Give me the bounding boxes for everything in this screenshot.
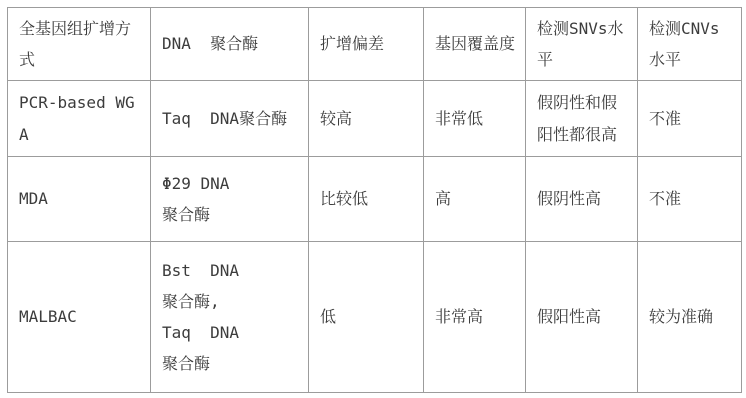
cell-malbac-snv: 假阳性高: [526, 242, 638, 393]
cell-pcr-method: PCR-based WGA: [8, 81, 151, 157]
table-row-mda: MDA Φ29 DNA 聚合酶 比较低 高 假阴性高 不准: [8, 157, 742, 242]
header-cnv-detection-level: 检测CNVs水平: [638, 8, 742, 81]
cell-pcr-cnv: 不准: [638, 81, 742, 157]
cell-malbac-method: MALBAC: [8, 242, 151, 393]
cell-mda-bias: 比较低: [309, 157, 424, 242]
cell-mda-coverage: 高: [424, 157, 526, 242]
header-snv-detection-level: 检测SNVs水平: [526, 8, 638, 81]
table-row-malbac: MALBAC Bst DNA 聚合酶, Taq DNA 聚合酶 低 非常高 假阳…: [8, 242, 742, 393]
cell-pcr-polymerase: Taq DNA聚合酶: [151, 81, 309, 157]
cell-pcr-snv: 假阴性和假阳性都很高: [526, 81, 638, 157]
cell-malbac-coverage: 非常高: [424, 242, 526, 393]
cell-pcr-coverage: 非常低: [424, 81, 526, 157]
header-genome-coverage: 基因覆盖度: [424, 8, 526, 81]
cell-malbac-cnv: 较为准确: [638, 242, 742, 393]
wga-comparison-table: 全基因组扩增方式 DNA 聚合酶 扩增偏差 基因覆盖度 检测SNVs水平 检测C…: [7, 7, 742, 393]
cell-pcr-bias: 较高: [309, 81, 424, 157]
header-dna-polymerase: DNA 聚合酶: [151, 8, 309, 81]
table-row-pcr-based-wga: PCR-based WGA Taq DNA聚合酶 较高 非常低 假阴性和假阳性都…: [8, 81, 742, 157]
header-amplification-bias: 扩增偏差: [309, 8, 424, 81]
header-row: 全基因组扩增方式 DNA 聚合酶 扩增偏差 基因覆盖度 检测SNVs水平 检测C…: [8, 8, 742, 81]
cell-mda-polymerase: Φ29 DNA 聚合酶: [151, 157, 309, 242]
cell-mda-method: MDA: [8, 157, 151, 242]
cell-malbac-bias: 低: [309, 242, 424, 393]
cell-mda-cnv: 不准: [638, 157, 742, 242]
cell-mda-snv: 假阴性高: [526, 157, 638, 242]
header-amplification-method: 全基因组扩增方式: [8, 8, 151, 81]
wga-comparison-table-container: 全基因组扩增方式 DNA 聚合酶 扩增偏差 基因覆盖度 检测SNVs水平 检测C…: [7, 7, 742, 393]
cell-malbac-polymerase: Bst DNA 聚合酶, Taq DNA 聚合酶: [151, 242, 309, 393]
